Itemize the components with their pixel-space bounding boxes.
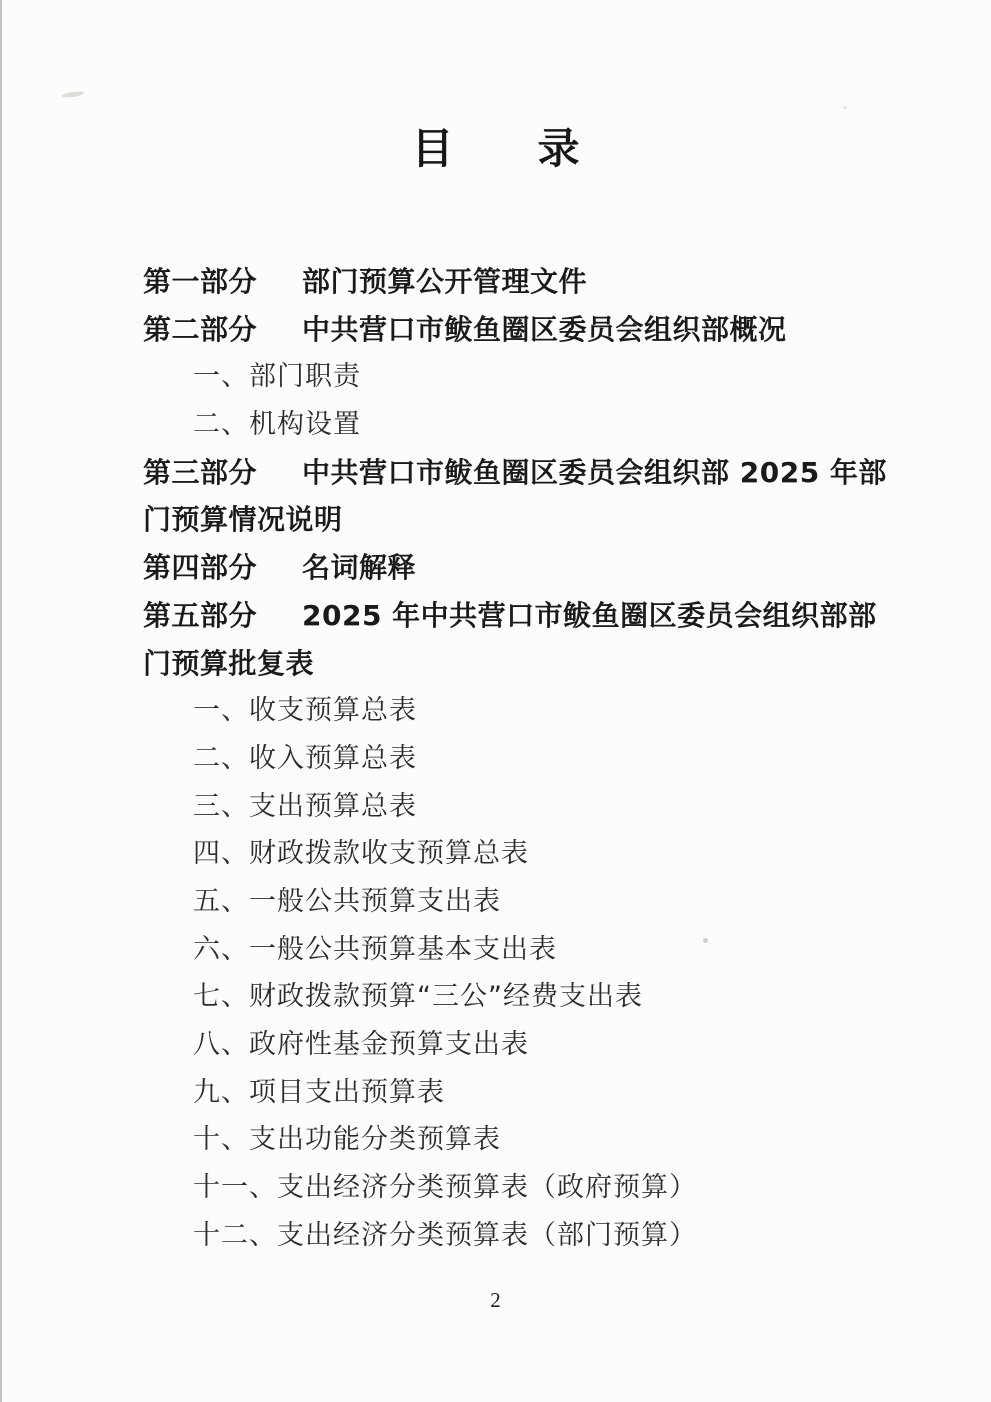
toc-line: 第三部分中共营口市鲅鱼圈区委员会组织部 2025 年部 — [143, 449, 858, 497]
toc-line: 四、财政拨款收支预算总表 — [143, 830, 858, 878]
toc-line: 九、项目支出预算表 — [143, 1069, 858, 1117]
toc-section-title: 部门预算公开管理文件 — [302, 265, 587, 298]
scan-edge-artifact — [0, 0, 2, 1402]
toc-line: 第五部分2025 年中共营口市鲅鱼圈区委员会组织部部 — [143, 592, 858, 640]
toc-section-label: 第五部分 — [143, 592, 302, 640]
toc-section-title: 中共营口市鲅鱼圈区委员会组织部 2025 年部 — [302, 456, 887, 489]
toc-section-title: 2025 年中共营口市鲅鱼圈区委员会组织部部 — [302, 599, 877, 632]
toc-line: 一、部门职责 — [143, 353, 858, 401]
toc-section-label: 第四部分 — [143, 544, 302, 592]
toc-section-label: 第一部分 — [143, 258, 302, 306]
toc-line: 七、财政拨款预算“三公”经费支出表 — [143, 973, 858, 1021]
toc-line: 一、收支预算总表 — [143, 687, 858, 735]
toc-list: 第一部分部门预算公开管理文件第二部分中共营口市鲅鱼圈区委员会组织部概况一、部门职… — [143, 258, 858, 1259]
toc-line: 二、收入预算总表 — [143, 735, 858, 783]
toc-line: 十二、支出经济分类预算表（部门预算） — [143, 1212, 858, 1260]
toc-line: 门预算情况说明 — [143, 496, 858, 544]
toc-line: 五、一般公共预算支出表 — [143, 878, 858, 926]
toc-line: 门预算批复表 — [143, 640, 858, 688]
toc-section-label: 第三部分 — [143, 449, 302, 497]
toc-line: 八、政府性基金预算支出表 — [143, 1021, 858, 1069]
document-title: 目 录 — [0, 116, 991, 176]
toc-line: 第二部分中共营口市鲅鱼圈区委员会组织部概况 — [143, 306, 858, 354]
toc-line: 十、支出功能分类预算表 — [143, 1116, 858, 1164]
toc-line: 二、机构设置 — [143, 401, 858, 449]
page-number: 2 — [0, 1288, 991, 1313]
toc-line: 第一部分部门预算公开管理文件 — [143, 258, 858, 306]
toc-line: 十一、支出经济分类预算表（政府预算） — [143, 1164, 858, 1212]
toc-section-label: 第二部分 — [143, 306, 302, 354]
toc-section-title: 中共营口市鲅鱼圈区委员会组织部概况 — [302, 313, 787, 346]
toc-section-title: 名词解释 — [302, 551, 416, 584]
scan-speck — [843, 106, 847, 109]
scanned-document-page: 目 录 第一部分部门预算公开管理文件第二部分中共营口市鲅鱼圈区委员会组织部概况一… — [0, 0, 991, 1402]
scan-speck — [62, 90, 84, 98]
toc-line: 三、支出预算总表 — [143, 783, 858, 831]
toc-line: 六、一般公共预算基本支出表 — [143, 926, 858, 974]
toc-line: 第四部分名词解释 — [143, 544, 858, 592]
